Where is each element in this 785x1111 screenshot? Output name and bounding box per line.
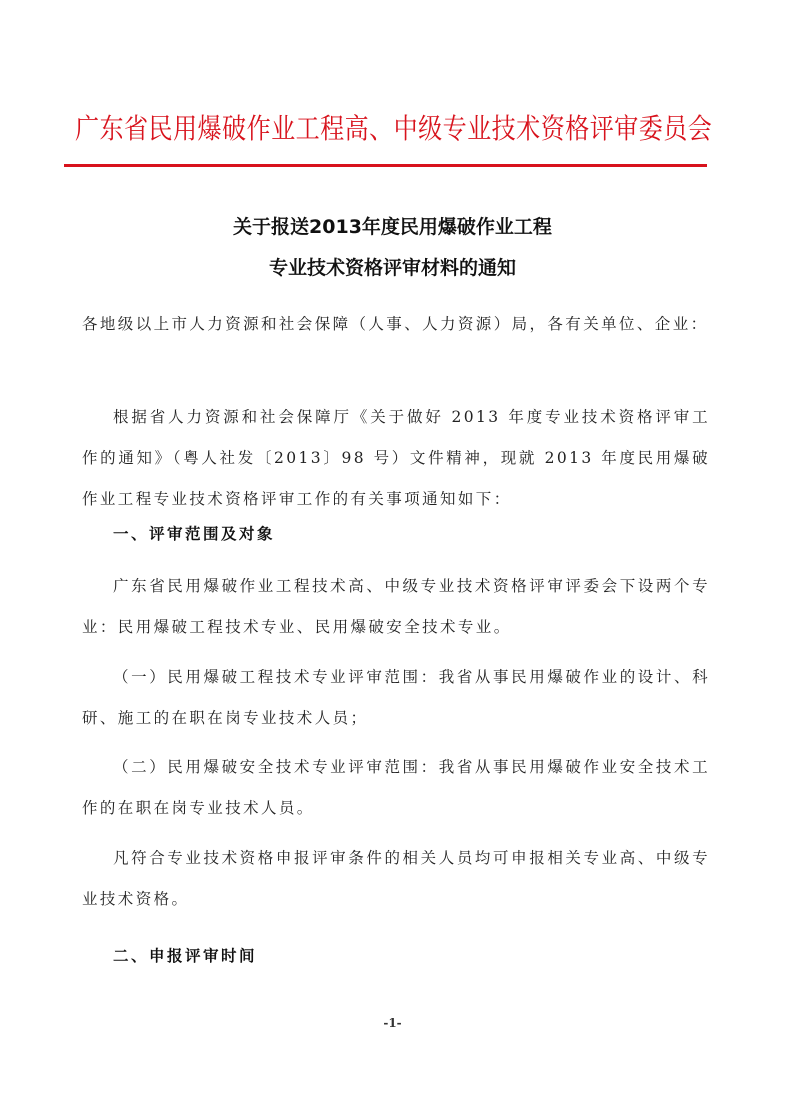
- document-title-line2: 专业技术资格评审材料的通知: [0, 253, 785, 280]
- section1-paragraph-3: （二）民用爆破安全技术专业评审范围：我省从事民用爆破作业安全技术工作的在职在岗专…: [82, 747, 710, 829]
- section-heading-1: 一、评审范围及对象: [113, 522, 275, 544]
- red-header-rule: [64, 164, 707, 167]
- document-title-line1: 关于报送2013年度民用爆破作业工程: [0, 212, 785, 239]
- section1-paragraph-4: 凡符合专业技术资格申报评审条件的相关人员均可申报相关专业高、中级专业技术资格。: [82, 838, 710, 920]
- intro-paragraph: 根据省人力资源和社会保障厅《关于做好 2013 年度专业技术资格评审工作的通知》…: [82, 397, 710, 520]
- section1-paragraph-2: （一）民用爆破工程技术专业评审范围：我省从事民用爆破作业的设计、科研、施工的在职…: [82, 657, 710, 739]
- page-number: -1-: [0, 1016, 785, 1030]
- section-heading-2: 二、申报评审时间: [113, 944, 257, 966]
- salutation-paragraph: 各地级以上市人力资源和社会保障（人事、人力资源）局，各有关单位、企业：: [82, 304, 710, 345]
- org-header-title: 广东省民用爆破作业工程高、中级专业技术资格评审委员会: [75, 107, 625, 147]
- section1-paragraph-1: 广东省民用爆破作业工程技术高、中级专业技术资格评审评委会下设两个专业：民用爆破工…: [82, 566, 710, 648]
